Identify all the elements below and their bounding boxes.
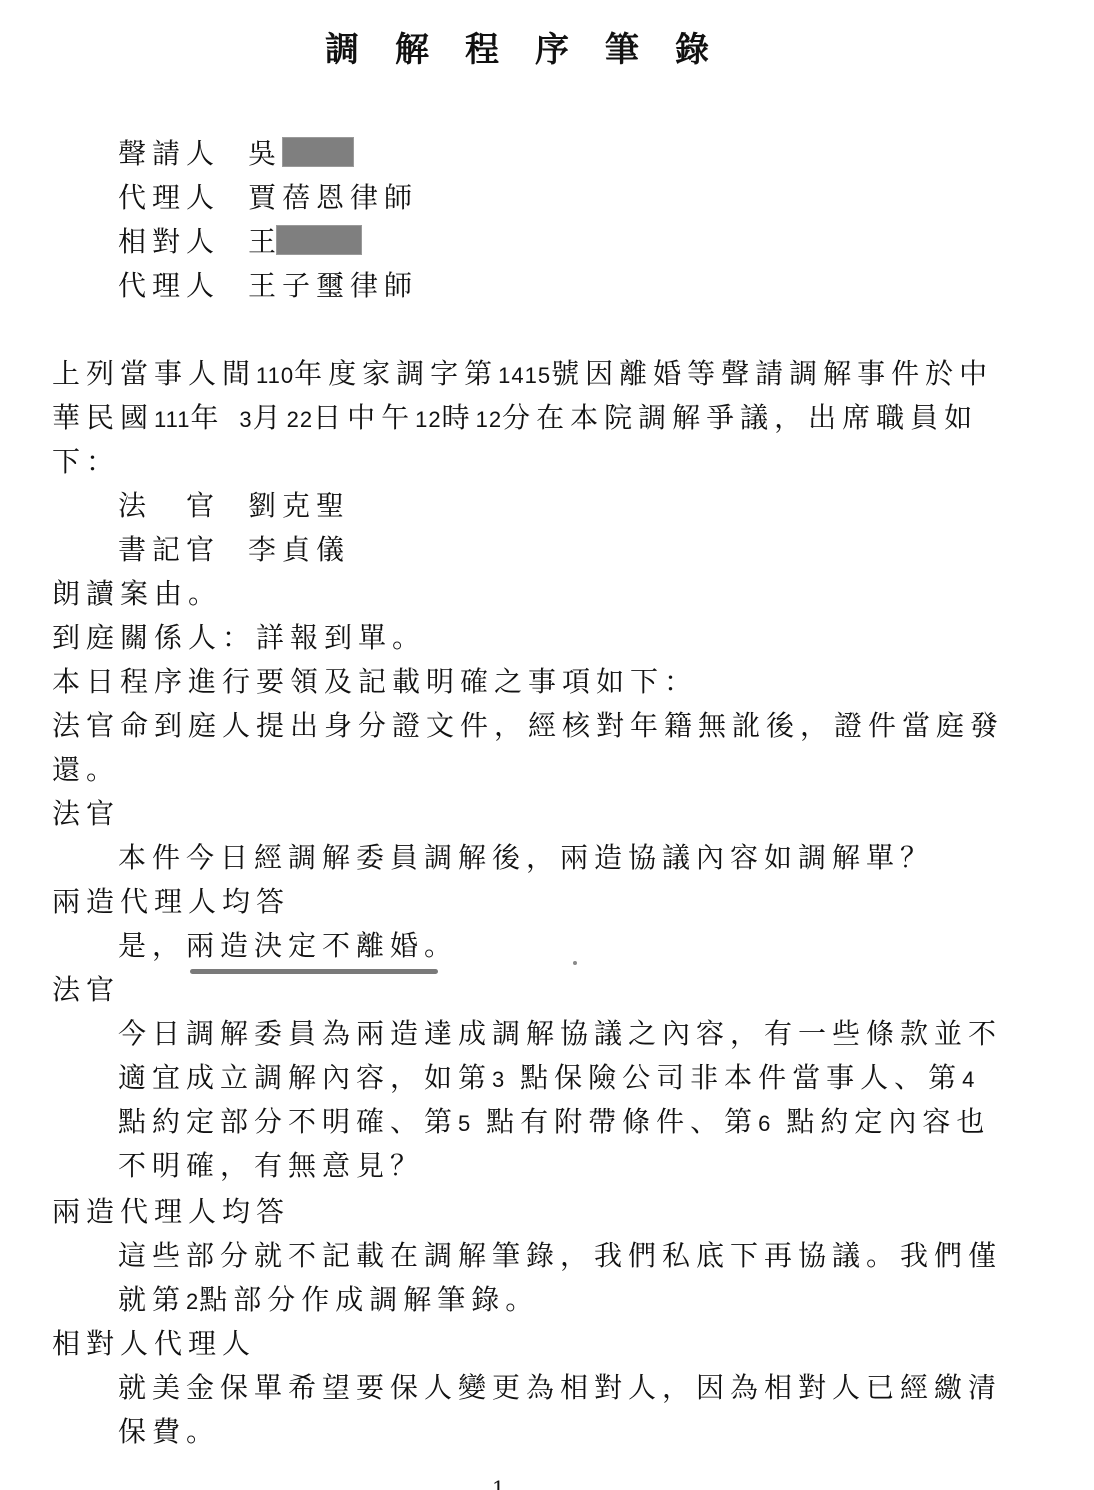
dialogue-text: 不明確，有無意見？	[118, 1148, 424, 1184]
dialogue-text: 就第2點部分作成調解筆錄。	[118, 1282, 539, 1320]
text: 分在本院調解爭議，出席職員如	[502, 401, 978, 434]
party-name: 吳	[248, 137, 282, 170]
text: 點部分作成調解筆錄。	[199, 1283, 539, 1316]
dialogue-text: 就美金保單希望要保人變更為相對人，因為相對人已經繳清	[118, 1370, 1002, 1406]
dialogue-text: 這些部分就不記載在調解筆錄，我們私底下再協議。我們僅	[118, 1238, 1002, 1274]
party-respondent: 相對人王	[118, 224, 362, 260]
title-char: 解	[395, 22, 429, 71]
speaker-both-agents: 兩造代理人均答	[52, 1194, 290, 1230]
staff-role: 書記官	[118, 532, 248, 568]
speaker-judge: 法官	[52, 796, 120, 832]
party-name: 賈蓓恩律師	[248, 181, 418, 214]
time-minute: 12	[476, 407, 502, 432]
text: 點有附帶條件、第	[471, 1105, 758, 1138]
dialogue-text: 保費。	[118, 1414, 220, 1450]
case-number: 1415	[498, 363, 551, 388]
speaker-respondent-agent: 相對人代理人	[52, 1326, 256, 1362]
statement-read-case: 朗讀案由。	[52, 576, 222, 612]
text: 年度家調字第	[294, 357, 498, 390]
date-month: 3	[239, 407, 252, 432]
staff-judge: 法 官劉克聖	[118, 488, 350, 524]
party-petitioner: 聲請人吳	[118, 136, 354, 172]
title-char: 程	[465, 22, 499, 71]
staff-clerk: 書記官李貞儀	[118, 532, 350, 568]
date-year: 111	[154, 407, 190, 432]
highlighted-phrase: 兩造決定不離婚	[186, 928, 424, 964]
statement-attendees: 到庭關係人：詳報到單。	[52, 620, 426, 656]
text: 就第	[118, 1283, 186, 1316]
text: 上列當事人間	[52, 357, 256, 390]
statement-procedure-header: 本日程序進行要領及記載明確之事項如下：	[52, 664, 698, 700]
dialogue-text: 適宜成立調解內容，如第3 點保險公司非本件當事人、第4	[118, 1060, 975, 1098]
dialogue-text: 今日調解委員為兩造達成調解協議之內容，有一些條款並不	[118, 1016, 1002, 1052]
text: 號因離婚等聲請調解事件於中	[551, 357, 993, 390]
title-char: 錄	[675, 22, 709, 71]
redaction-box	[282, 137, 354, 167]
text: 點約定內容也	[771, 1105, 990, 1138]
dialogue-text: 點約定部分不明確、第5 點有附帶條件、第6 點約定內容也	[118, 1104, 990, 1142]
item-number: 3	[492, 1067, 505, 1092]
party-name: 王子璽律師	[248, 269, 418, 302]
statement-id-check-2: 還。	[52, 752, 120, 788]
intro-line-2: 華民國111年 3月22日中午12時12分在本院調解爭議，出席職員如	[52, 400, 978, 438]
intro-line-1: 上列當事人間110年度家調字第1415號因離婚等聲請調解事件於中	[52, 356, 993, 394]
text: 兩造決定不離婚	[186, 929, 424, 962]
text: 適宜成立調解內容，如第	[118, 1061, 492, 1094]
staff-role: 法 官	[118, 488, 248, 524]
document-page: 調解程序筆錄 聲請人吳 代理人賈蓓恩律師 相對人王 代理人王子璽律師 上列當事人…	[0, 0, 1094, 1490]
speaker-judge: 法官	[52, 972, 120, 1008]
text: 點約定部分不明確、第	[118, 1105, 458, 1138]
staff-name: 李貞儀	[248, 533, 350, 566]
title-char: 調	[325, 22, 359, 71]
intro-line-3: 下：	[52, 444, 120, 480]
document-title: 調解程序筆錄	[0, 22, 1034, 71]
date-day: 22	[287, 407, 313, 432]
title-char: 序	[535, 22, 569, 71]
text: 月	[253, 401, 287, 434]
case-year: 110	[256, 363, 294, 388]
party-role: 聲請人	[118, 136, 248, 172]
text: 年	[190, 401, 239, 434]
party-petitioner-agent: 代理人賈蓓恩律師	[118, 180, 418, 216]
text: 華民國	[52, 401, 154, 434]
party-respondent-agent: 代理人王子璽律師	[118, 268, 418, 304]
item-number: 6	[758, 1111, 771, 1136]
party-role: 代理人	[118, 180, 248, 216]
text: 是，	[118, 929, 186, 962]
dialogue-text: 本件今日經調解委員調解後，兩造協議內容如調解單？	[118, 840, 934, 876]
item-number: 4	[962, 1067, 975, 1092]
item-number: 5	[458, 1111, 471, 1136]
title-char: 筆	[605, 22, 639, 71]
text: 時	[442, 401, 476, 434]
party-role: 相對人	[118, 224, 248, 260]
text: 日中午	[313, 401, 415, 434]
time-hour: 12	[415, 407, 441, 432]
page-number: 1	[492, 1478, 505, 1490]
party-role: 代理人	[118, 268, 248, 304]
dialogue-text: 是，兩造決定不離婚。	[118, 928, 458, 964]
statement-id-check-1: 法官命到庭人提出身分證文件，經核對年籍無訛後，證件當庭發	[52, 708, 1004, 744]
staff-name: 劉克聖	[248, 489, 350, 522]
scan-speck	[573, 961, 577, 965]
text: 點保險公司非本件當事人、第	[505, 1061, 962, 1094]
pen-underline-mark	[190, 969, 438, 974]
redaction-box	[276, 225, 362, 255]
text: 。	[424, 929, 458, 962]
speaker-both-agents: 兩造代理人均答	[52, 884, 290, 920]
item-number: 2	[186, 1289, 199, 1314]
